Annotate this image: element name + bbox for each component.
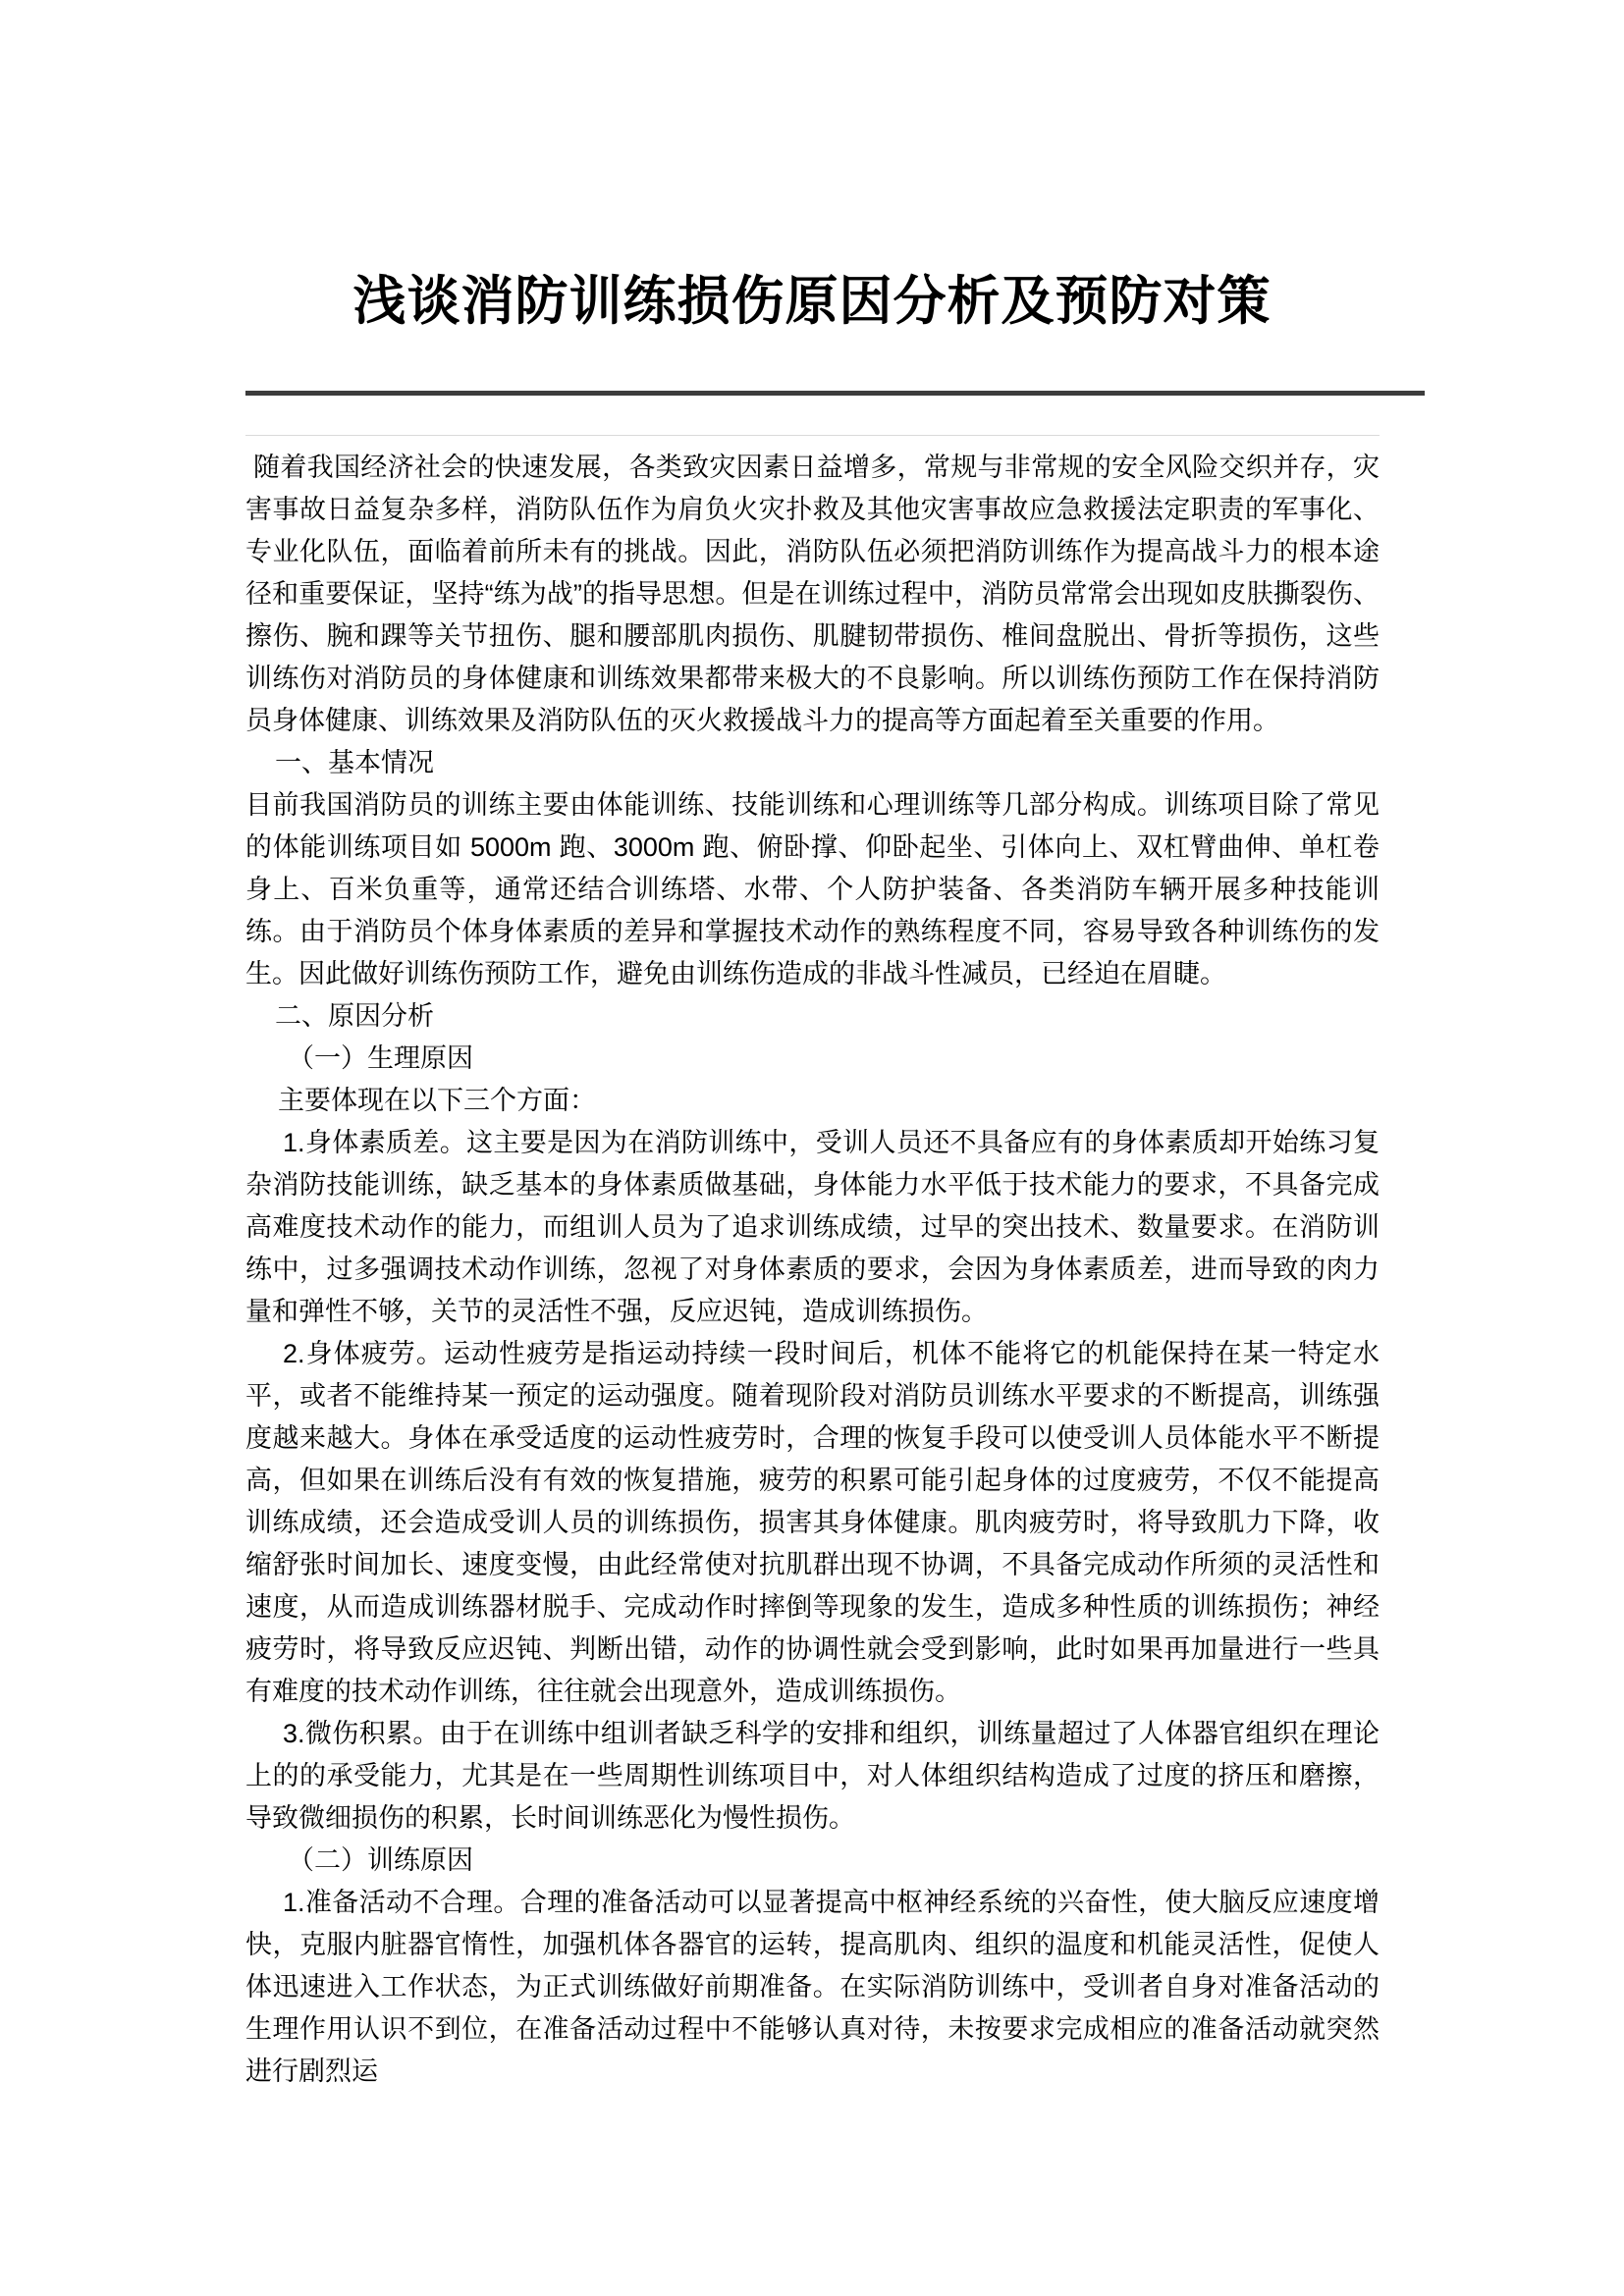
- document-body: 随着我国经济社会的快速发展，各类致灾因素日益增多，常规与非常规的安全风险交织并存…: [245, 435, 1380, 2093]
- document-title: 浅谈消防训练损伤原因分析及预防对策: [0, 271, 1624, 332]
- paragraph-numbered: 1.准备活动不合理。合理的准备活动可以显著提高中枢神经系统的兴奋性，使大脑反应速…: [245, 1882, 1380, 2093]
- paragraph-numbered: 2.身体疲劳。运动性疲劳是指运动持续一段时间后，机体不能将它的机能保持在某一特定…: [245, 1333, 1380, 1713]
- paragraph-numbered: 1.身体素质差。这主要是因为在消防训练中，受训人员还不具备应有的身体素质却开始练…: [245, 1122, 1380, 1333]
- paragraph-heading: 二、原因分析: [245, 995, 1380, 1038]
- paragraph-intro: 主要体现在以下三个方面：: [245, 1080, 1380, 1122]
- title-divider-rule: [245, 391, 1425, 396]
- paragraph-numbered: 3.微伤积累。由于在训练中组训者缺乏科学的安排和组织，训练量超过了人体器官组织在…: [245, 1713, 1380, 1840]
- paragraph-body: 目前我国消防员的训练主要由体能训练、技能训练和心理训练等几部分构成。训练项目除了…: [245, 784, 1380, 995]
- paragraph-subheading: （二）训练原因: [245, 1840, 1380, 1882]
- paragraph-lead: 随着我国经济社会的快速发展，各类致灾因素日益增多，常规与非常规的安全风险交织并存…: [245, 447, 1380, 742]
- paragraph-subheading: （一）生理原因: [245, 1038, 1380, 1080]
- paragraph-heading: 一、基本情况: [245, 742, 1380, 784]
- document-page: 浅谈消防训练损伤原因分析及预防对策 随着我国经济社会的快速发展，各类致灾因素日益…: [0, 0, 1624, 2296]
